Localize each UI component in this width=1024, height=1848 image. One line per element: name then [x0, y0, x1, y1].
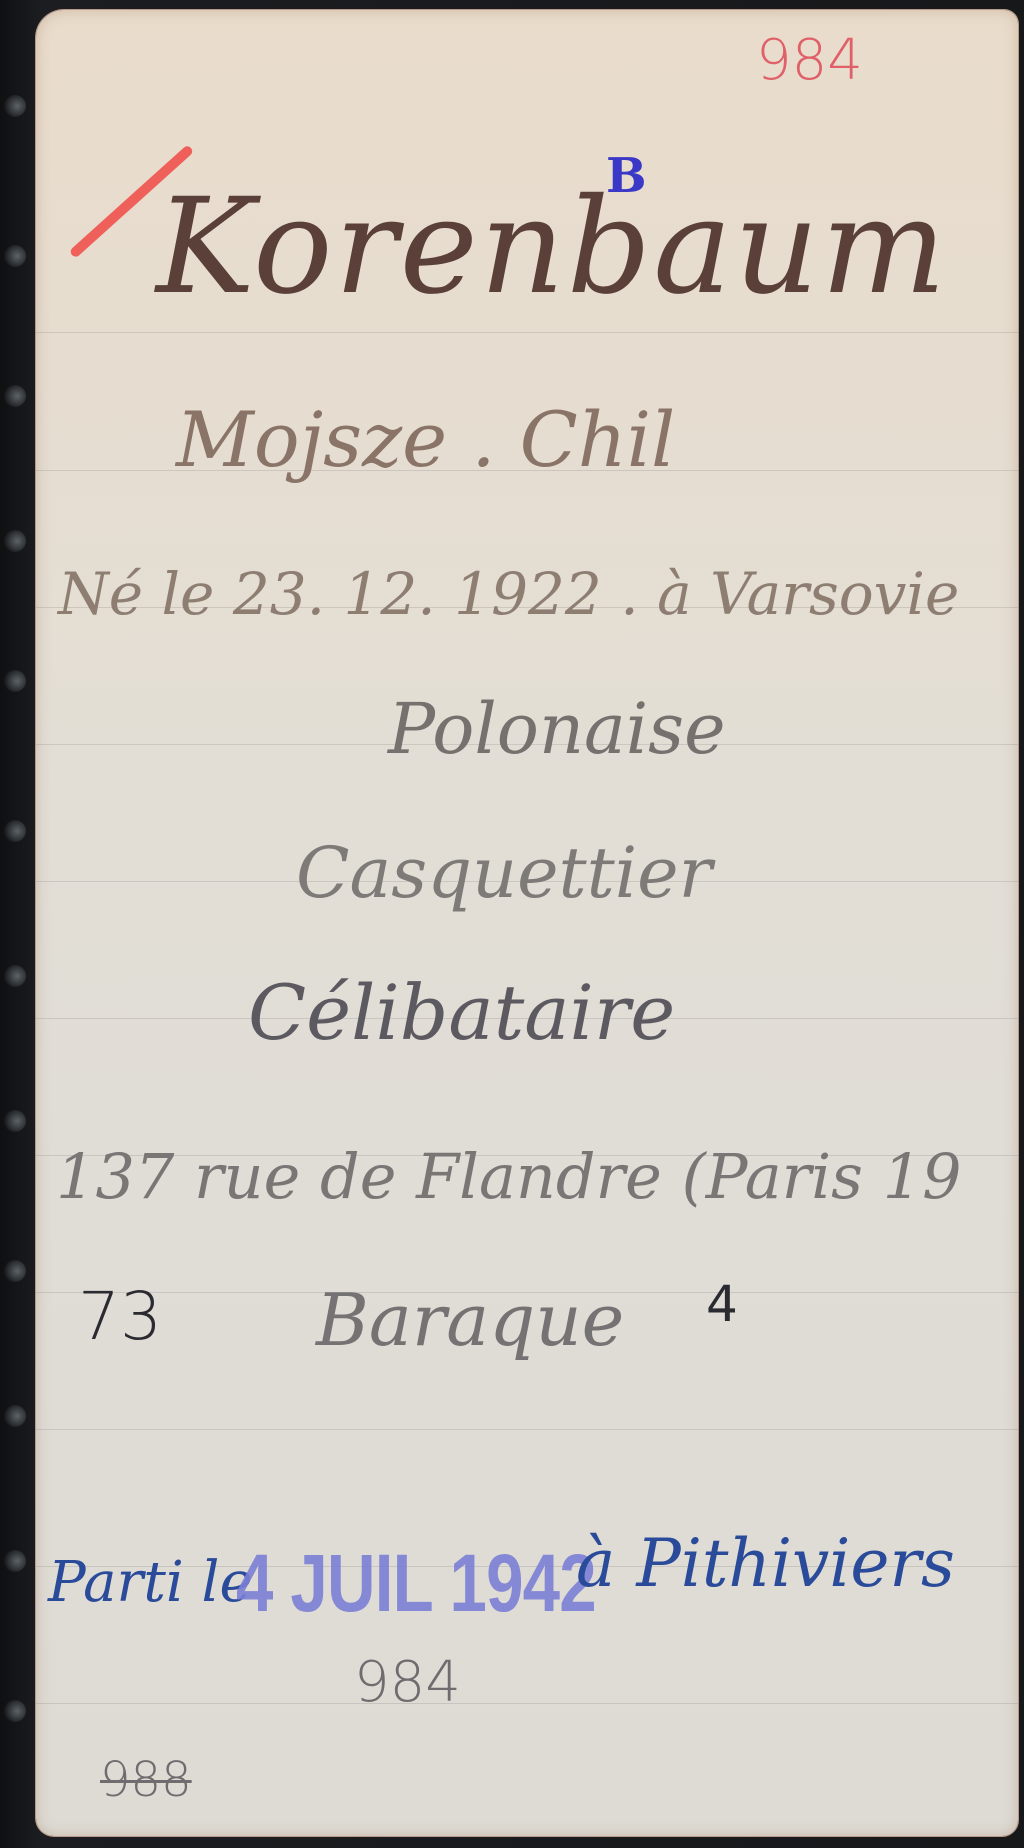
departure-prefix: Parti le — [48, 1550, 253, 1615]
binder-hole — [4, 670, 26, 692]
address: 137 rue de Flandre (Paris 19 — [56, 1140, 962, 1213]
barracks-label: Baraque — [316, 1278, 624, 1362]
binder-hole — [4, 820, 26, 842]
ruled-line — [36, 1429, 1018, 1430]
occupation: Casquettier — [296, 832, 712, 914]
binder-hole — [4, 95, 26, 117]
ruled-line — [36, 332, 1018, 333]
camp-number: 73 — [78, 1278, 162, 1355]
binder-hole — [4, 1700, 26, 1722]
binder-hole — [4, 965, 26, 987]
ruled-line — [36, 1703, 1018, 1704]
convoy-number: 984 — [354, 1650, 461, 1715]
binder-hole — [4, 1260, 26, 1282]
binder-hole — [4, 1550, 26, 1572]
index-card: 984 B Korenbaum Mojsze . Chil Né le 23. … — [36, 10, 1018, 1836]
departure-date-stamp: 4 JUIL 1942 — [236, 1537, 596, 1631]
given-names: Mojsze . Chil — [176, 395, 675, 484]
binder-hole — [4, 245, 26, 267]
marital-status: Célibataire — [248, 968, 675, 1057]
card-number-red: 984 — [756, 28, 863, 93]
nationality: Polonaise — [388, 688, 726, 770]
binder-hole — [4, 385, 26, 407]
binder-hole — [4, 1405, 26, 1427]
birth-date-place: Né le 23. 12. 1922 . à Varsovie — [58, 560, 959, 628]
departure-suffix: à Pithiviers — [576, 1525, 955, 1602]
binder-hole — [4, 530, 26, 552]
binder-hole — [4, 1110, 26, 1132]
surname: Korenbaum — [156, 170, 948, 324]
barracks-number: 4 — [706, 1275, 738, 1333]
struck-number: 988 — [100, 1752, 192, 1808]
